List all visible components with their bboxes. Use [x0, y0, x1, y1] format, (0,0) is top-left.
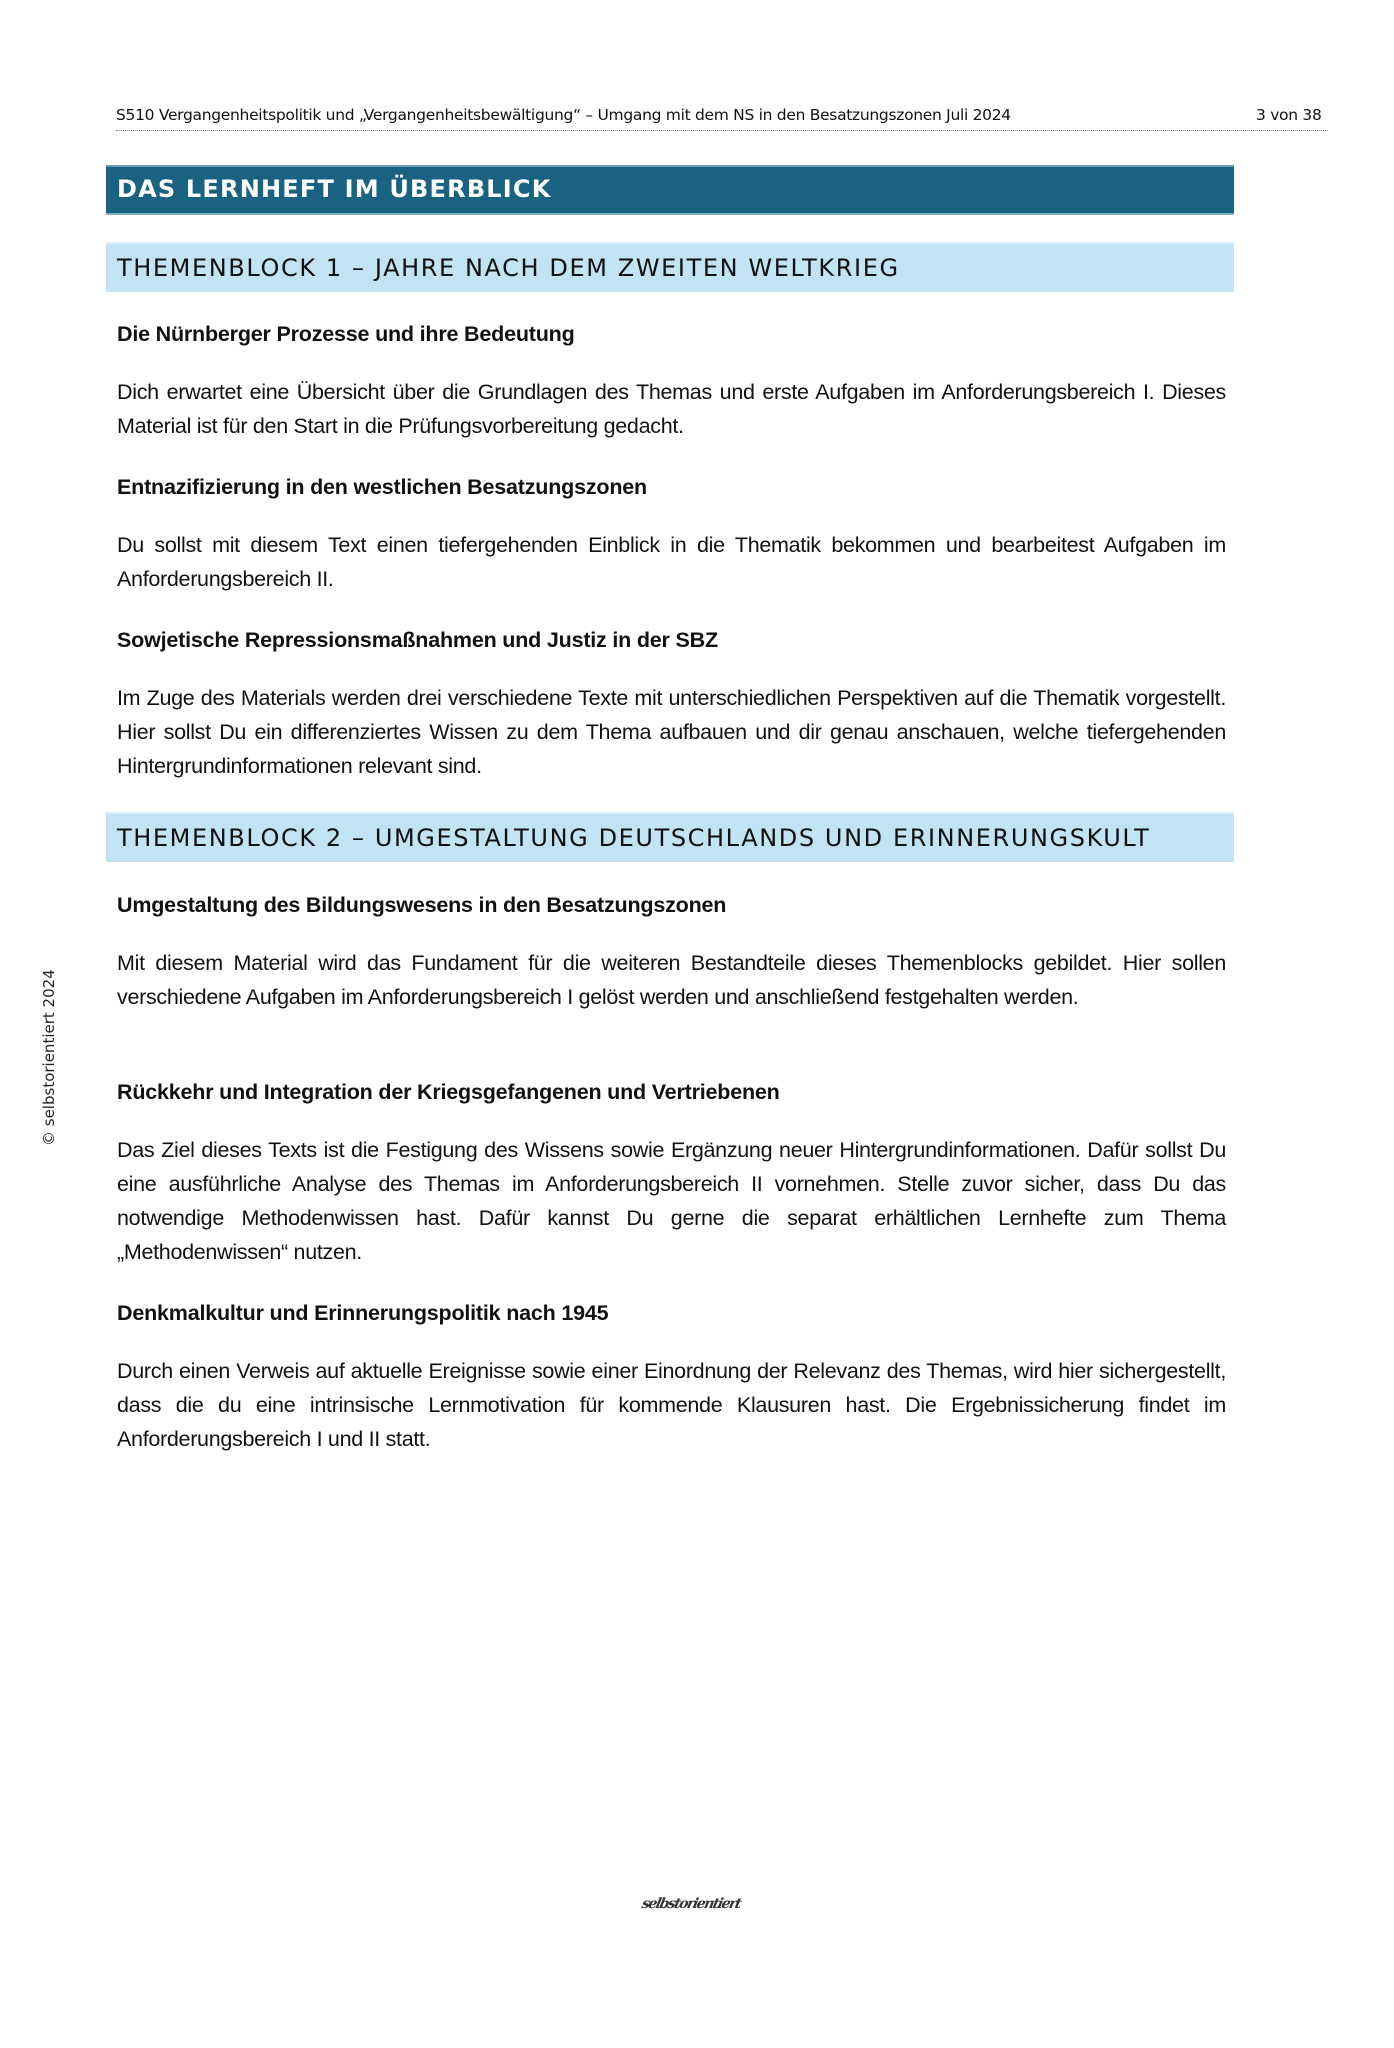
- side-copyright: © selbstorientiert 2024: [40, 969, 58, 1146]
- item-text: Mit diesem Material wird das Fundament f…: [117, 946, 1226, 1014]
- main-heading: DAS LERNHEFT IM ÜBERBLICK: [117, 175, 552, 203]
- document-title: S510 Vergangenheitspolitik und „Vergange…: [116, 106, 1011, 124]
- item-text: Dich erwartet eine Übersicht über die Gr…: [117, 375, 1226, 443]
- page-header: S510 Vergangenheitspolitik und „Vergange…: [116, 106, 1328, 131]
- item-title: Entnazifizierung in den westlichen Besat…: [117, 475, 647, 500]
- themenblock-2-heading: THEMENBLOCK 2 – UMGESTALTUNG DEUTSCHLAND…: [117, 824, 1150, 852]
- item-text: Durch einen Verweis auf aktuelle Ereigni…: [117, 1354, 1226, 1456]
- item-title: Umgestaltung des Bildungswesens in den B…: [117, 893, 726, 918]
- item-text: Im Zuge des Materials werden drei versch…: [117, 681, 1226, 783]
- themenblock-1-heading: THEMENBLOCK 1 – JAHRE NACH DEM ZWEITEN W…: [117, 254, 900, 282]
- item-title: Denkmalkultur und Erinnerungspolitik nac…: [117, 1301, 608, 1326]
- footer-logo: selbstorientiert: [640, 1896, 741, 1912]
- item-text: Das Ziel dieses Texts ist die Festigung …: [117, 1133, 1226, 1269]
- item-text: Du sollst mit diesem Text einen tieferge…: [117, 528, 1226, 596]
- page-number: 3 von 38: [1256, 106, 1322, 124]
- item-title: Sowjetische Repressionsmaßnahmen und Jus…: [117, 628, 718, 653]
- themenblock-1-banner: THEMENBLOCK 1 – JAHRE NACH DEM ZWEITEN W…: [106, 242, 1234, 292]
- item-title: Rückkehr und Integration der Kriegsgefan…: [117, 1080, 780, 1105]
- themenblock-2-banner: THEMENBLOCK 2 – UMGESTALTUNG DEUTSCHLAND…: [106, 812, 1234, 862]
- item-title: Die Nürnberger Prozesse und ihre Bedeutu…: [117, 322, 575, 347]
- main-heading-banner: DAS LERNHEFT IM ÜBERBLICK: [106, 165, 1234, 215]
